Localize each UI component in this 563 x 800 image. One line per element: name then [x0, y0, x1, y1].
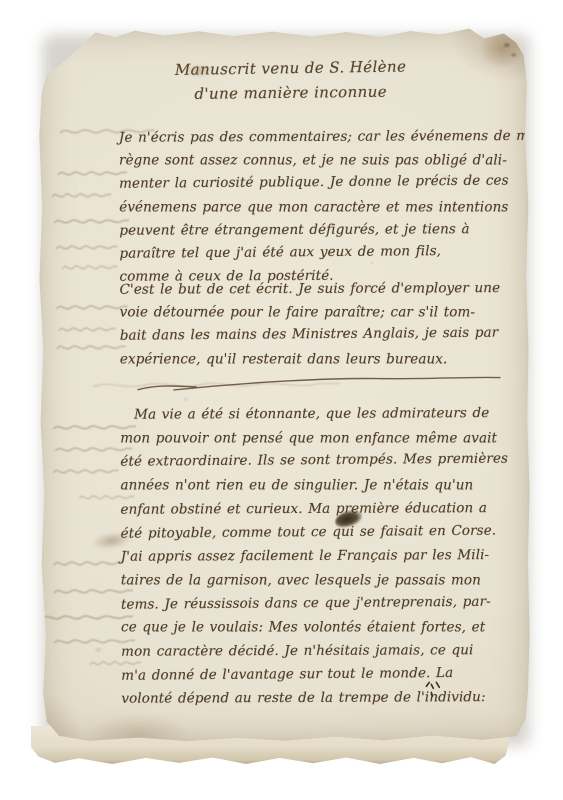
- bleedthrough-squiggle: [61, 261, 117, 274]
- handwritten-line: menter la curiosité publique. Je donne l…: [119, 170, 519, 196]
- handwritten-line: été extraordinaire. Ils se sont trompés.…: [120, 448, 520, 475]
- manuscript-title: Manuscrit venu de S. Hélèned'une manière…: [119, 57, 463, 107]
- bleedthrough-squiggle: [55, 241, 117, 254]
- bleedthrough-squiggle: [58, 323, 116, 336]
- manuscript-page: Manuscrit venu de S. Hélèned'une manière…: [36, 27, 531, 743]
- bleedthrough-squiggle: [57, 167, 127, 180]
- handwritten-line: m'a donné de l'avantage sur tout le mond…: [121, 661, 521, 688]
- handwritten-line: paraître tel que j'ai été aux yeux de mo…: [119, 239, 519, 265]
- handwritten-line: J'ai appris assez facilement le Français…: [121, 544, 521, 569]
- handwritten-line: volonté dépend au reste de la trempe de …: [121, 686, 521, 711]
- handwritten-line: expérience, qu'il resterait dans leurs b…: [120, 348, 520, 371]
- end-flourish-mark: [421, 679, 445, 701]
- bleedthrough-squiggle: [52, 465, 118, 478]
- bleedthrough-squiggle: [53, 557, 123, 570]
- handwritten-line: Je n'écris pas des commentaires; car les…: [119, 125, 519, 150]
- ink-bleedthrough-layer: [36, 27, 528, 29]
- handwritten-line: événemens parce que mon caractère et mes…: [119, 196, 519, 219]
- handwritten-line: C'est le but de cet écrit. Je suis forcé…: [120, 277, 520, 302]
- bleedthrough-squiggle: [56, 301, 128, 314]
- handwritten-line: taires de la garnison, avec lesquels je …: [121, 570, 521, 594]
- title-line: Manuscrit venu de S. Hélène: [118, 54, 462, 83]
- manuscript-photo: Manuscrit venu de S. Hélèned'une manière…: [0, 0, 563, 800]
- handwritten-line: années n'ont rien eu de singulier. Je n'…: [120, 475, 520, 499]
- paragraph-introduction: Je n'écris pas des commentaires; car les…: [119, 125, 520, 289]
- paragraph-early-life: Ma vie a été si étonnante, que les admir…: [120, 402, 521, 712]
- handwritten-line: Ma vie a été si étonnante, que les admir…: [120, 402, 520, 427]
- paragraph-purpose: C'est le but de cet écrit. Je suis forcé…: [120, 277, 520, 372]
- handwritten-line: bait dans les mains des Ministres Anglai…: [120, 322, 520, 348]
- handwritten-line: mon caractère décidé. Je n'hésitais jama…: [121, 639, 521, 664]
- title-ink-smudge: [185, 64, 215, 77]
- bleedthrough-squiggle: [53, 215, 129, 228]
- bleedthrough-squiggle: [41, 611, 133, 624]
- title-line: d'une manière inconnue: [119, 79, 463, 107]
- bleedthrough-squiggle: [51, 189, 111, 202]
- handwritten-line: ce que je le voulais: Mes volontés étaie…: [121, 617, 521, 641]
- handwritten-line: été pitoyable, comme tout ce qui se fais…: [121, 519, 521, 546]
- hand-drawn-divider: [128, 372, 508, 396]
- handwritten-line: enfant obstiné et curieux. Ma première é…: [120, 497, 520, 522]
- bleedthrough-squiggle: [56, 341, 126, 354]
- handwritten-line: tems. Je réussissois dans ce que j'entre…: [121, 590, 521, 617]
